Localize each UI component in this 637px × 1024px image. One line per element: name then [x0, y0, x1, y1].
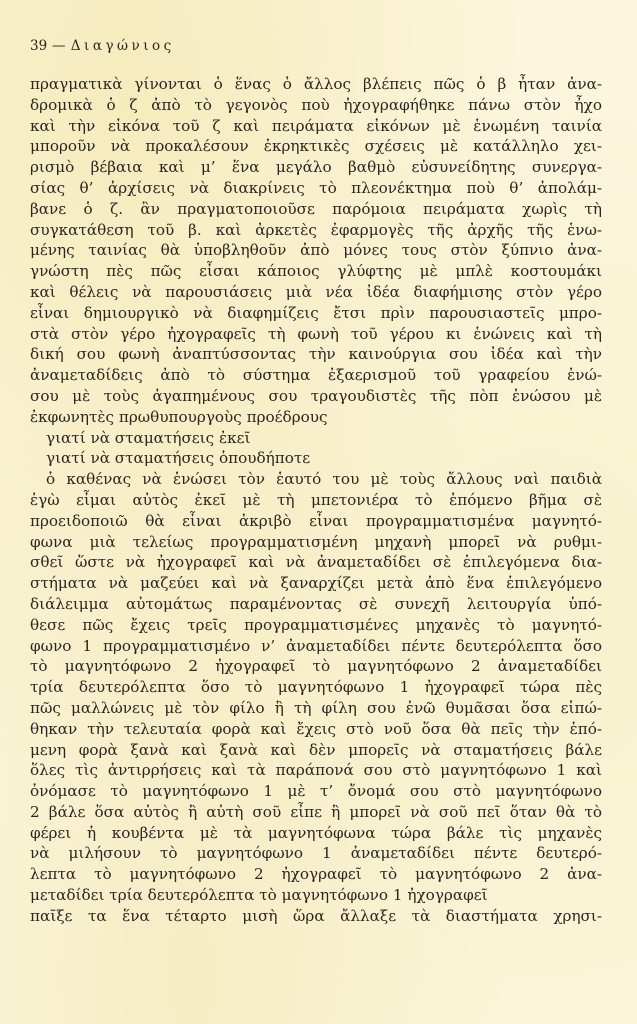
- text-line: βανε ὁ ζ. ἂν πραγματοποιοῦσε παρόμοια πε…: [30, 199, 602, 220]
- text-line: σίας θ’ ἀρχίσεις νὰ διακρίνεις τὸ πλεονέ…: [30, 178, 602, 199]
- text-line: φωνο 1 προγραμματισμένο ν’ ἀναμεταδίδει …: [30, 636, 602, 657]
- text-line: δική σου φωνὴ ἀναπτύσσοντας τὴν καινούργ…: [30, 344, 602, 365]
- text-line: καὶ τὴν εἰκόνα τοῦ ζ καὶ πειράματα εἰκόν…: [30, 116, 602, 137]
- text-line: μένης ταινίας θὰ ὑποβληθοῦν ἀπὸ μόνες το…: [30, 240, 602, 261]
- header-separator: —: [52, 38, 66, 54]
- text-line: σου μὲ τοὺς ἀγαπημένους σου τραγουδιστὲς…: [30, 386, 602, 407]
- text-line: τρία δευτερόλεπτα ὅσο τὸ μαγνητόφωνο 1 ἠ…: [30, 677, 602, 698]
- text-line: τὸ μαγνητόφωνο 2 ἠχογραφεῖ τὸ μαγνητόφων…: [30, 656, 602, 677]
- text-line: στήματα νὰ μαζεύει καὶ νὰ ξαναρχίζει μετ…: [30, 573, 602, 594]
- text-line: θηκαν τὴν τελευταία φορὰ καὶ ἔχεις στὸ ν…: [30, 719, 602, 740]
- text-line: συγκατάθεση τοῦ β. καὶ ἀρκετὲς ἐφαρμογὲς…: [30, 220, 602, 241]
- text-line: σθεῖ ὥστε νὰ ἠχογραφεῖ καὶ νὰ ἀναμεταδίδ…: [30, 552, 602, 573]
- running-title: Διαγώνιος: [71, 38, 175, 54]
- text-line: μποροῦν νὰ προκαλέσουν ἐκρηκτικὲς σχέσει…: [30, 136, 602, 157]
- text-line: γνώστη πὲς πῶς εἶσαι κάποιος γλύφτης μὲ …: [30, 261, 602, 282]
- body-text: πραγματικὰ γίνονται ὁ ἕνας ὁ ἄλλος βλέπε…: [30, 74, 602, 927]
- running-header: 39 — Διαγώνιος: [30, 38, 175, 54]
- text-line: ὅλες τὶς ἀντιρρήσεις καὶ τὰ παράπονά σου…: [30, 760, 602, 781]
- text-line: ὀνόμασε τὸ μαγνητόφωνο 1 μὲ τ’ ὄνομά σου…: [30, 781, 602, 802]
- text-line: διάλειμμα αὐτομάτως παραμένοντας σὲ συνε…: [30, 594, 602, 615]
- text-line: 2 βάλε ὅσα αὐτὸς ἢ αὐτὴ σοῦ εἶπε ἢ μπορε…: [30, 802, 602, 823]
- text-line: ἐγὼ εἶμαι αὐτὸς ἐκεῖ μὲ τὴ μπετονιέρα τὸ…: [30, 490, 602, 511]
- text-line: ρισμὸ βέβαια καὶ μ’ ἕνα μεγάλο βαθμὸ εὐσ…: [30, 157, 602, 178]
- text-line: μενη φορὰ ξανὰ καὶ ξανὰ καὶ δὲν μπορεῖς …: [30, 740, 602, 761]
- text-line: γιατί νὰ σταματήσεις ἐκεῖ: [30, 428, 602, 449]
- text-line: φωνα μιὰ τελείως προγραμματισμένη μηχανὴ…: [30, 532, 602, 553]
- text-line: πῶς μαλλώνεις μὲ τὸν φίλο ἢ τὴ φίλη σου …: [30, 698, 602, 719]
- text-line: καὶ θέλεις νὰ παρουσιάσεις μιὰ νέα ἰδέα …: [30, 282, 602, 303]
- text-line: ὁ καθένας νὰ ἑνώσει τὸν ἑαυτό του μὲ τοὺ…: [30, 469, 602, 490]
- text-line: θεσε πῶς ἔχεις τρεῖς προγραμματισμένες μ…: [30, 615, 602, 636]
- text-line: πραγματικὰ γίνονται ὁ ἕνας ὁ ἄλλος βλέπε…: [30, 74, 602, 95]
- page-number: 39: [30, 38, 47, 54]
- text-line: νὰ μιλήσουν τὸ μαγνητόφωνο 1 ἀναμεταδίδε…: [30, 843, 602, 864]
- text-line: λεπτα τὸ μαγνητόφωνο 2 ἠχογραφεῖ τὸ μαγν…: [30, 864, 602, 885]
- text-line: δρομικὰ ὁ ζ ἀπὸ τὸ γεγονὸς ποὺ ἠχογραφήθ…: [30, 95, 602, 116]
- text-line: προειδοποιῶ θὰ εἶναι ἀκριβὸ εἶναι προγρα…: [30, 511, 602, 532]
- text-line: στὰ στὸν γέρο ἠχογραφεῖς τὴ φωνὴ τοῦ γέρ…: [30, 324, 602, 345]
- text-line: ἀναμεταδίδεις ἀπὸ τὸ σύστημα ἐξαερισμοῦ …: [30, 365, 602, 386]
- text-line: εἶναι δημιουργικὸ νὰ διαφημίζεις ἔτσι πρ…: [30, 303, 602, 324]
- text-line: μεταδίδει τρία δευτερόλεπτα τὸ μαγνητόφω…: [30, 885, 602, 906]
- text-line: παῖξε τα ἕνα τέταρτο μισὴ ὥρα ἄλλαξε τὰ …: [30, 906, 602, 927]
- text-line: γιατί νὰ σταματήσεις ὁπουδήποτε: [30, 448, 602, 469]
- text-line: ἐκφωνητὲς πρωθυπουργοὺς προέδρους: [30, 407, 602, 428]
- text-line: φέρει ἡ κουβέντα μὲ τὰ μαγνητόφωνα τώρα …: [30, 823, 602, 844]
